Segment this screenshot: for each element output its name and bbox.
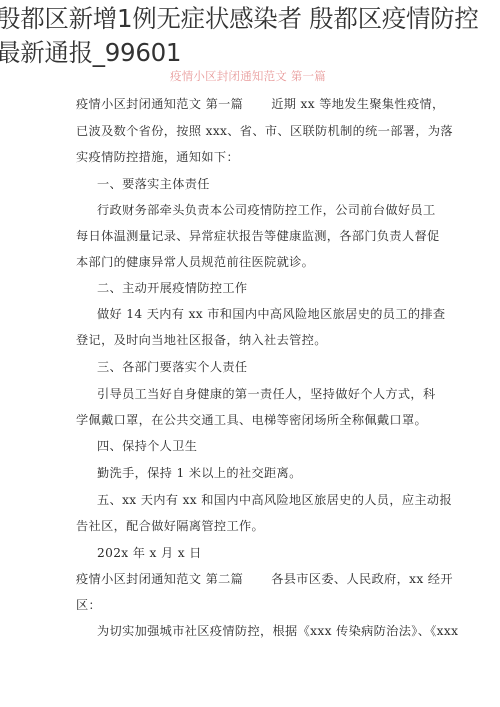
paragraph-line: 登记，及时向当地社区报备，纳入社去管控。 [76,333,327,347]
paragraph-line: 区： [76,598,101,612]
paragraph-line: 疫情小区封闭通知范文 第一篇近期 xx 等地发生聚集性疫情， [76,97,445,111]
doc-title-inline: 疫情小区封闭通知范文 第一篇 [76,97,243,111]
section-heading-2: 二、主动开展疫情防控工作 [97,281,247,295]
document-heading: 疫情小区封闭通知范文 第一篇 [170,68,326,84]
paragraph-line: 每日体温测量记录、异常症状报告等健康监测，各部门负责人督促 [76,229,440,243]
document-page: 疫情小区封闭通知范文 第一篇 疫情小区封闭通知范文 第一篇近期 xx 等地发生聚… [0,0,500,707]
paragraph-line: 已波及数个省份，按照 xxx、省、市、区联防机制的统一部署，为落 [76,124,453,138]
paragraph-line: 引导员工当好自身健康的第一责任人，坚持做好个人方式，科 [97,387,436,401]
section-heading-5: 五、xx 天内有 xx 和国内中高风险地区旅居史的人员，应主动报 [97,493,452,507]
paragraph-line: 学佩戴口罩，在公共交通工具、电梯等密闭场所全称佩戴口罩。 [76,413,427,427]
section-heading-3: 三、各部门要落实个人责任 [97,360,247,374]
paragraph-line: 行政财务部牵头负责本公司疫情防控工作，公司前台做好员工 [97,203,436,217]
section-heading-4: 四、保持个人卫生 [97,439,197,453]
page-title-line-1: 殷都区新增1例无症状感染者 殷都区疫情防控 [0,2,500,36]
paragraph-line: 疫情小区封闭通知范文 第二篇各县市区委、人民政府，xx 经开 [76,572,453,586]
paragraph-line: 实疫情防控措施，通知如下： [76,150,239,164]
date-line: 202x 年 x 月 x 日 [97,546,202,560]
paragraph-line: 做好 14 天内有 xx 市和国内中高风险地区旅居史的员工的排查 [97,307,445,321]
paragraph-line: 告社区，配合做好隔离管控工作。 [76,519,264,533]
paragraph-line: 为切实加强城市社区疫情防控，根据《xxx 传染病防治法》、《xxx [97,624,458,638]
paragraph-line: 勤洗手，保持 1 米以上的社交距离。 [97,466,302,480]
page-title-line-2: 最新通报_99601 [0,36,500,70]
page-title: 殷都区新增1例无症状感染者 殷都区疫情防控 最新通报_99601 [0,2,500,70]
addressee-text: 各县市区委、人民政府，xx 经开 [271,572,453,586]
intro-text: 近期 xx 等地发生聚集性疫情， [271,97,444,111]
section-heading-1: 一、要落实主体责任 [97,177,210,191]
doc-title-inline-2: 疫情小区封闭通知范文 第二篇 [76,572,243,586]
paragraph-line: 本部门的健康异常人员规范前往医院就诊。 [76,255,314,269]
